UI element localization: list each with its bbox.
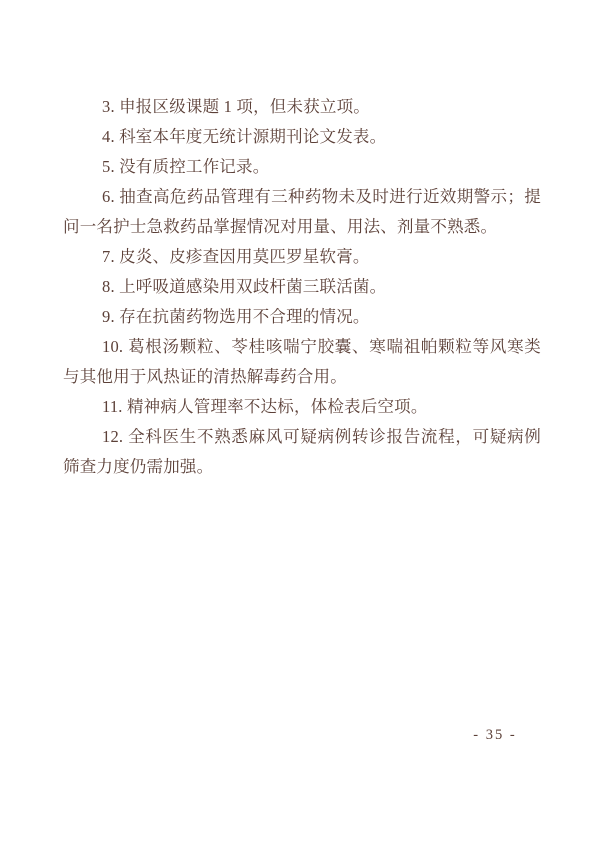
list-item-3: 3. 申报区级课题 1 项，但未获立项。 bbox=[63, 92, 541, 122]
list-item-8: 8. 上呼吸道感染用双歧杆菌三联活菌。 bbox=[63, 272, 541, 302]
document-body: 3. 申报区级课题 1 项，但未获立项。 4. 科室本年度无统计源期刊论文发表。… bbox=[63, 92, 541, 482]
list-item-4: 4. 科室本年度无统计源期刊论文发表。 bbox=[63, 122, 541, 152]
list-item-10: 10. 葛根汤颗粒、苓桂咳喘宁胶囊、寒喘祖帕颗粒等风寒类与其他用于风热证的清热解… bbox=[63, 332, 541, 392]
list-item-11: 11. 精神病人管理率不达标，体检表后空项。 bbox=[63, 392, 541, 422]
list-item-9: 9. 存在抗菌药物选用不合理的情况。 bbox=[63, 302, 541, 332]
page-number: - 35 - bbox=[455, 727, 535, 744]
document-page: 3. 申报区级课题 1 项，但未获立项。 4. 科室本年度无统计源期刊论文发表。… bbox=[0, 0, 600, 850]
list-item-6: 6. 抽查高危药品管理有三种药物未及时进行近效期警示；提问一名护士急救药品掌握情… bbox=[63, 182, 541, 242]
list-item-7: 7. 皮炎、皮疹查因用莫匹罗星软膏。 bbox=[63, 242, 541, 272]
list-item-12: 12. 全科医生不熟悉麻风可疑病例转诊报告流程，可疑病例筛查力度仍需加强。 bbox=[63, 422, 541, 482]
list-item-5: 5. 没有质控工作记录。 bbox=[63, 152, 541, 182]
